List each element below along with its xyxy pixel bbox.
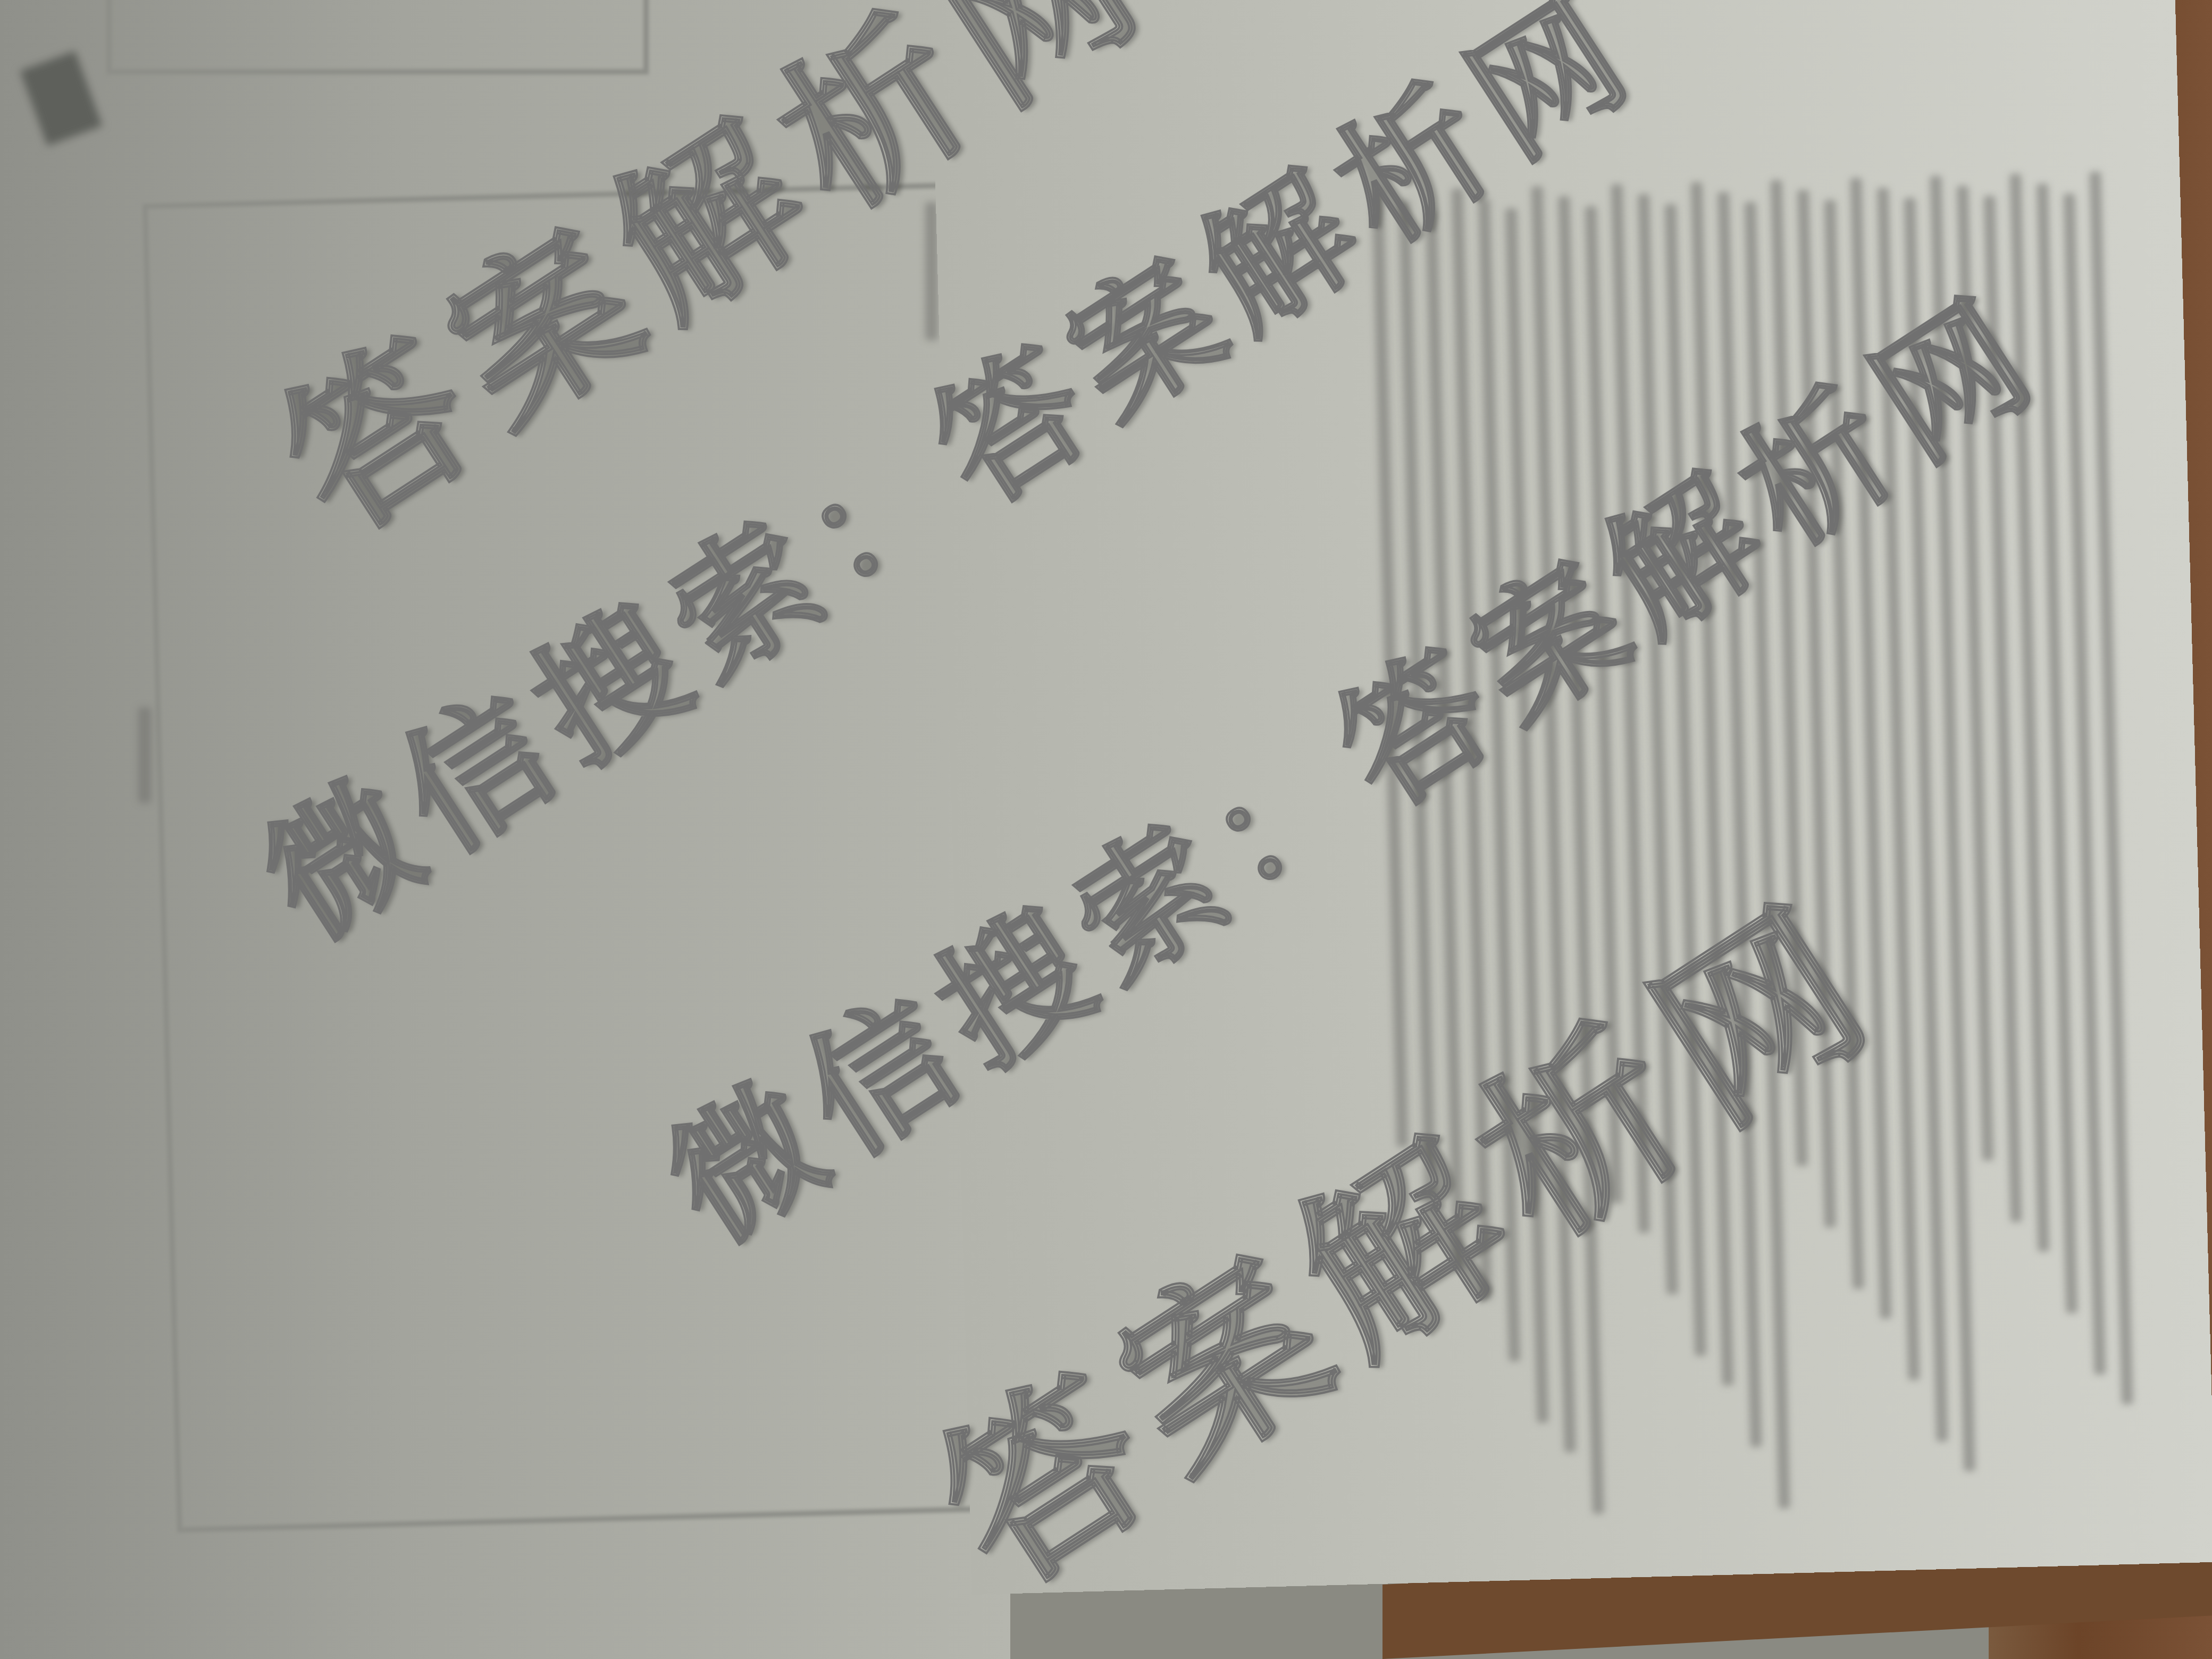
page-tab-marker [20, 51, 103, 146]
blurred-text-column [138, 707, 151, 803]
top-answer-box [106, 0, 649, 74]
